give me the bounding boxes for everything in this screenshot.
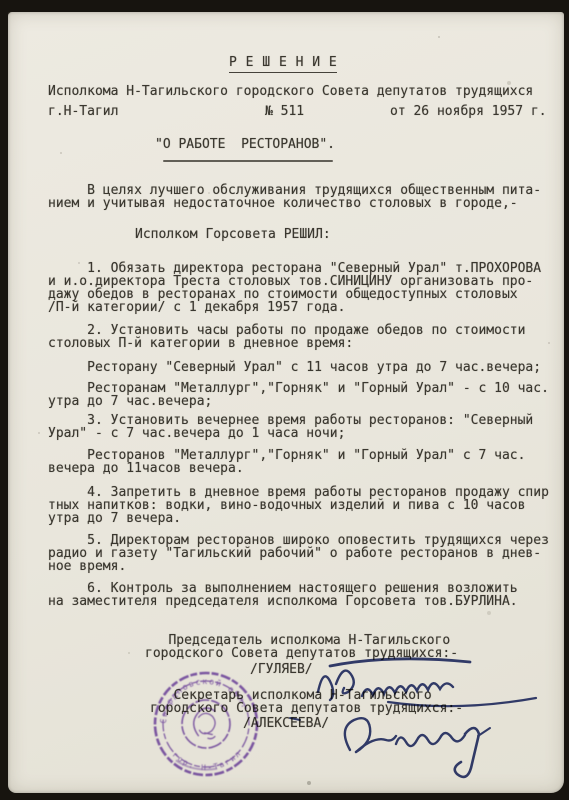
document-date: от 26 ноября 1957 г.	[390, 105, 547, 118]
paper-dust-specks	[8, 12, 10, 14]
document-number: № 511	[265, 105, 304, 118]
subject-underline	[163, 160, 333, 162]
city-label: г.Н-Тагил	[48, 105, 118, 118]
item-5: 5. Директорам ресторанов широко оповести…	[48, 534, 549, 573]
item-6: 6. Контроль за выполнением настоящего ре…	[48, 582, 518, 608]
item-3: 3. Установить вечернее время работы рест…	[48, 414, 533, 440]
handwritten-signatures	[270, 640, 565, 780]
item-2-sub-1: Ресторану "Северный Урал" с 11 часов утр…	[48, 361, 541, 374]
svg-text:Свердловской обл.: Свердловской обл.	[149, 666, 251, 732]
subject-line: "О РАБОТЕ РЕСТОРАНОВ".	[155, 138, 335, 151]
scanned-document: Р Е Ш Е Н И Е Исполкома Н-Тагильского го…	[0, 0, 569, 800]
item-1: 1. Обязать директора ресторана "Северный…	[48, 262, 541, 314]
item-4: 4. Запретить в дневное время работы рест…	[48, 486, 549, 525]
item-2-sub-2: Ресторанам "Металлург","Горняк" и "Горны…	[48, 382, 549, 408]
issuing-body-line: Исполкома Н-Тагильского городского Совет…	[48, 85, 533, 98]
resolved-line: Исполком Горсовета РЕШИЛ:	[135, 228, 331, 241]
preamble: В целях лучшего обслуживания трудящихся …	[48, 184, 541, 210]
item-2: 2. Установить часы работы по продаже обе…	[48, 324, 525, 350]
stamp-ring-text-top: Свердловской обл.	[149, 666, 251, 732]
document-title: Р Е Ш Е Н И Е	[229, 56, 337, 73]
item-3-sub: Ресторанов "Металлург","Горняк" и "Горны…	[48, 449, 525, 475]
official-round-stamp: Свердловской обл. гор. Н-Тагил	[138, 660, 278, 800]
